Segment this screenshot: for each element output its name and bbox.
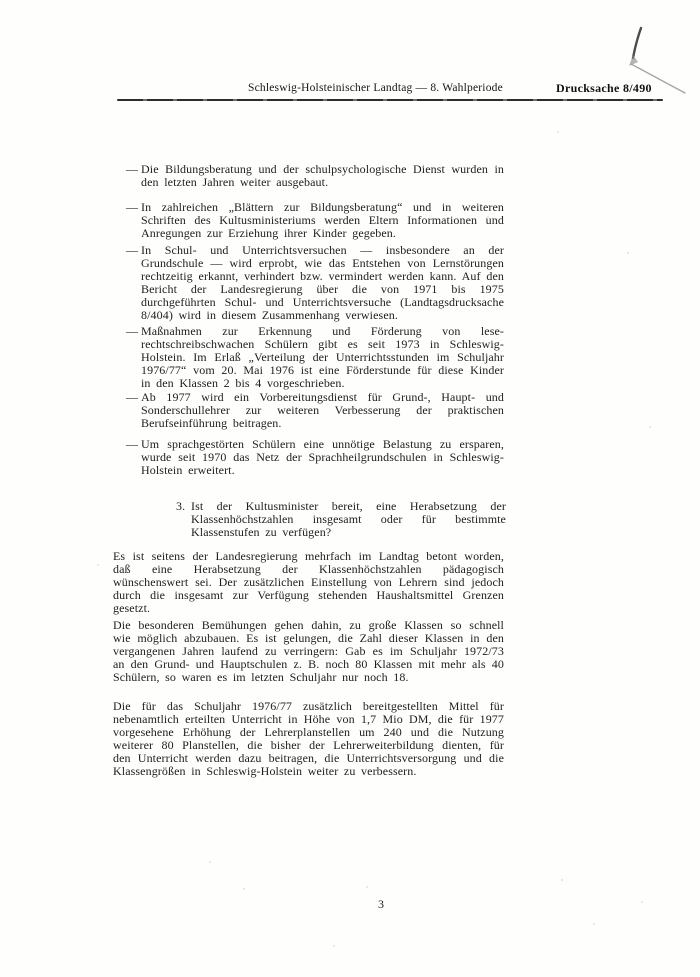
- bullet-dash: —: [126, 438, 138, 451]
- bullet-item: — Um sprachgestörten Schülern eine unnöt…: [127, 438, 504, 477]
- bullet-item: — Ab 1977 wird ein Vorbereitungsdienst f…: [127, 391, 504, 430]
- bullet-dash: —: [126, 163, 138, 176]
- bullet-text: Die Bildungsberatung und der schulpsycho…: [141, 162, 504, 189]
- bullet-dash: —: [126, 391, 138, 404]
- paragraph: Die besonderen Bemühungen gehen dahin, z…: [113, 619, 504, 684]
- document-page: Schleswig-Holsteinischer Landtag — 8. Wa…: [0, 0, 700, 977]
- bullet-text: Um sprachgestörten Schülern eine unnötig…: [141, 437, 504, 477]
- header-title: Schleswig-Holsteinischer Landtag — 8. Wa…: [248, 82, 503, 94]
- question-block: 3. Ist der Kultusminister bereit, eine H…: [176, 500, 506, 539]
- paragraph: Es ist seitens der Landesregierung mehrf…: [113, 550, 504, 615]
- bullet-dash: —: [126, 201, 138, 214]
- question-text: Ist der Kultusminister bereit, eine Hera…: [191, 499, 506, 539]
- bullet-item: — In zahlreichen „Blättern zur Bildungsb…: [127, 201, 504, 240]
- bullet-text: In zahlreichen „Blättern zur Bildungsber…: [141, 200, 504, 240]
- bullet-dash: —: [126, 325, 138, 338]
- bullet-item: — In Schul- und Unterrichtsversuchen — i…: [127, 244, 504, 322]
- bullet-text: Ab 1977 wird ein Vorbereitungsdienst für…: [141, 390, 504, 430]
- bullet-item: — Die Bildungsberatung und der schulpsyc…: [127, 163, 504, 189]
- bullet-item: — Maßnahmen zur Erkennung und Förderung …: [127, 325, 504, 390]
- header-doc-number: Drucksache 8/490: [556, 81, 652, 96]
- bullet-text: Maßnahmen zur Erkennung und Förderung vo…: [141, 324, 504, 390]
- paragraph: Die für das Schuljahr 1976/77 zusätzlich…: [113, 700, 504, 778]
- header-rule: [117, 99, 663, 101]
- scan-noise: [561, 879, 563, 881]
- page-number: 3: [378, 897, 384, 912]
- bullet-text: In Schul- und Unterrichtsversuchen — ins…: [141, 243, 504, 322]
- bullet-dash: —: [126, 244, 138, 257]
- question-number: 3.: [176, 500, 185, 513]
- pen-mark: [0, 0, 700, 977]
